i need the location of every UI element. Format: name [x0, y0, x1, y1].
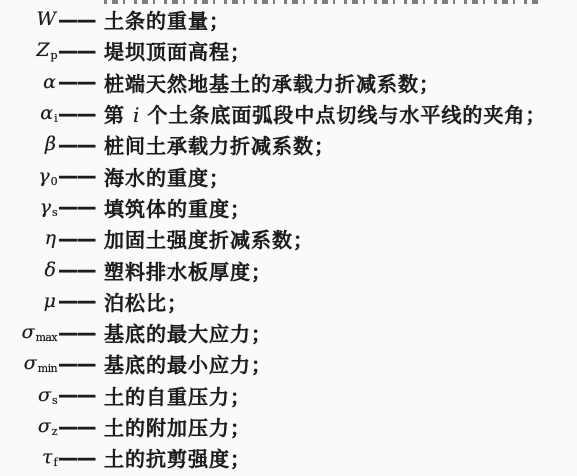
symbol-base: α	[43, 73, 56, 92]
definition-text: 土的自重压力；	[104, 381, 251, 410]
symbol-base: W	[36, 10, 56, 29]
symbol-subscript: z	[52, 426, 57, 437]
symbol: α	[0, 73, 57, 92]
symbol: σmin	[0, 354, 57, 373]
symbol-definition-row: η —— 加固土强度折减系数；	[0, 223, 577, 254]
symbol-subscript: i	[54, 113, 57, 124]
symbol-base: β	[45, 135, 56, 154]
symbol: δ	[0, 261, 57, 280]
symbol: τf	[0, 448, 57, 467]
symbol-definition-row: μ —— 泊松比；	[0, 286, 577, 317]
symbol: αi	[0, 104, 57, 123]
definition-text: 桩端天然地基土的承载力折减系数；	[104, 68, 440, 97]
symbol-subscript: max	[36, 332, 57, 343]
symbol-definition-list: W —— 土条的重量； Zp —— 堤坝顶面高程； α —— 桩端天然地基土的承…	[0, 4, 577, 473]
symbol-base: α	[40, 104, 53, 123]
symbol-subscript: f	[54, 457, 57, 468]
symbol-base: σ	[24, 354, 37, 373]
definition-text: 填筑体的重度；	[104, 193, 251, 222]
symbol-definition-row: σmin —— 基底的最小应力；	[0, 348, 577, 379]
symbol: σz	[0, 417, 57, 436]
symbol-base: μ	[44, 292, 56, 311]
em-dash: ——	[58, 321, 102, 345]
symbol-subscript: p	[51, 50, 57, 61]
definition-text: 基底的最大应力；	[104, 318, 272, 347]
symbol: γs	[0, 198, 57, 217]
em-dash: ——	[58, 227, 102, 251]
symbol: β	[0, 135, 57, 154]
em-dash: ——	[58, 289, 102, 313]
symbol: W	[0, 10, 57, 29]
symbol-definition-row: σmax —— 基底的最大应力；	[0, 317, 577, 348]
scanned-document-page: W —— 土条的重量； Zp —— 堤坝顶面高程； α —— 桩端天然地基土的承…	[0, 0, 577, 476]
definition-text: 基底的最小应力；	[104, 349, 272, 378]
symbol-subscript: 0	[51, 176, 57, 187]
em-dash: ——	[58, 258, 102, 282]
symbol-subscript: s	[52, 207, 57, 218]
symbol: μ	[0, 292, 57, 311]
symbol-base: σ	[38, 417, 51, 436]
symbol-subscript: min	[38, 363, 57, 374]
em-dash: ——	[58, 195, 102, 219]
definition-text: 土的附加压力；	[104, 412, 251, 441]
em-dash: ——	[58, 415, 102, 439]
symbol-definition-row: σs —— 土的自重压力；	[0, 380, 577, 411]
em-dash: ——	[58, 164, 102, 188]
symbol: σmax	[0, 323, 57, 342]
symbol-base: τ	[42, 448, 53, 467]
symbol: Zp	[0, 41, 57, 60]
definition-text: 泊松比；	[104, 287, 188, 316]
symbol-definition-row: β —— 桩间土承载力折减系数；	[0, 129, 577, 160]
em-dash: ——	[58, 383, 102, 407]
symbol-definition-row: γs —— 填筑体的重度；	[0, 192, 577, 223]
symbol-definition-row: σz —— 土的附加压力；	[0, 411, 577, 442]
definition-text: 海水的重度；	[104, 162, 230, 191]
em-dash: ——	[58, 102, 102, 126]
symbol-base: Z	[36, 41, 49, 60]
symbol-definition-row: γ0 —— 海水的重度；	[0, 160, 577, 191]
definition-text: 土条的重量；	[104, 5, 230, 34]
definition-text: 加固土强度折减系数；	[104, 224, 314, 253]
symbol: σs	[0, 386, 57, 405]
em-dash: ——	[58, 8, 102, 32]
em-dash: ——	[58, 70, 102, 94]
symbol: γ0	[0, 167, 57, 186]
definition-text: 土的抗剪强度；	[104, 443, 251, 472]
em-dash: ——	[58, 352, 102, 376]
definition-text: 第 i 个土条底面弧段中点切线与水平线的夹角；	[104, 99, 546, 128]
em-dash: ——	[58, 133, 102, 157]
definition-text: 桩间土承载力折减系数；	[104, 130, 335, 159]
symbol-base: γ	[40, 198, 51, 217]
symbol-base: η	[45, 229, 56, 248]
symbol-definition-row: αi —— 第 i 个土条底面弧段中点切线与水平线的夹角；	[0, 98, 577, 129]
symbol-base: δ	[45, 261, 56, 280]
symbol-base: γ	[38, 167, 49, 186]
symbol-base: σ	[22, 323, 35, 342]
em-dash: ——	[58, 39, 102, 63]
symbol-definition-row: α —— 桩端天然地基土的承载力折减系数；	[0, 67, 577, 98]
symbol: η	[0, 229, 57, 248]
symbol-definition-row: W —— 土条的重量；	[0, 4, 577, 35]
symbol-base: σ	[38, 386, 51, 405]
symbol-definition-row: τf —— 土的抗剪强度；	[0, 442, 577, 473]
symbol-definition-row: δ —— 塑料排水板厚度；	[0, 254, 577, 285]
definition-text: 堤坝顶面高程；	[104, 36, 251, 65]
definition-text: 塑料排水板厚度；	[104, 256, 272, 285]
em-dash: ——	[58, 446, 102, 470]
symbol-definition-row: Zp —— 堤坝顶面高程；	[0, 35, 577, 66]
symbol-subscript: s	[52, 395, 57, 406]
